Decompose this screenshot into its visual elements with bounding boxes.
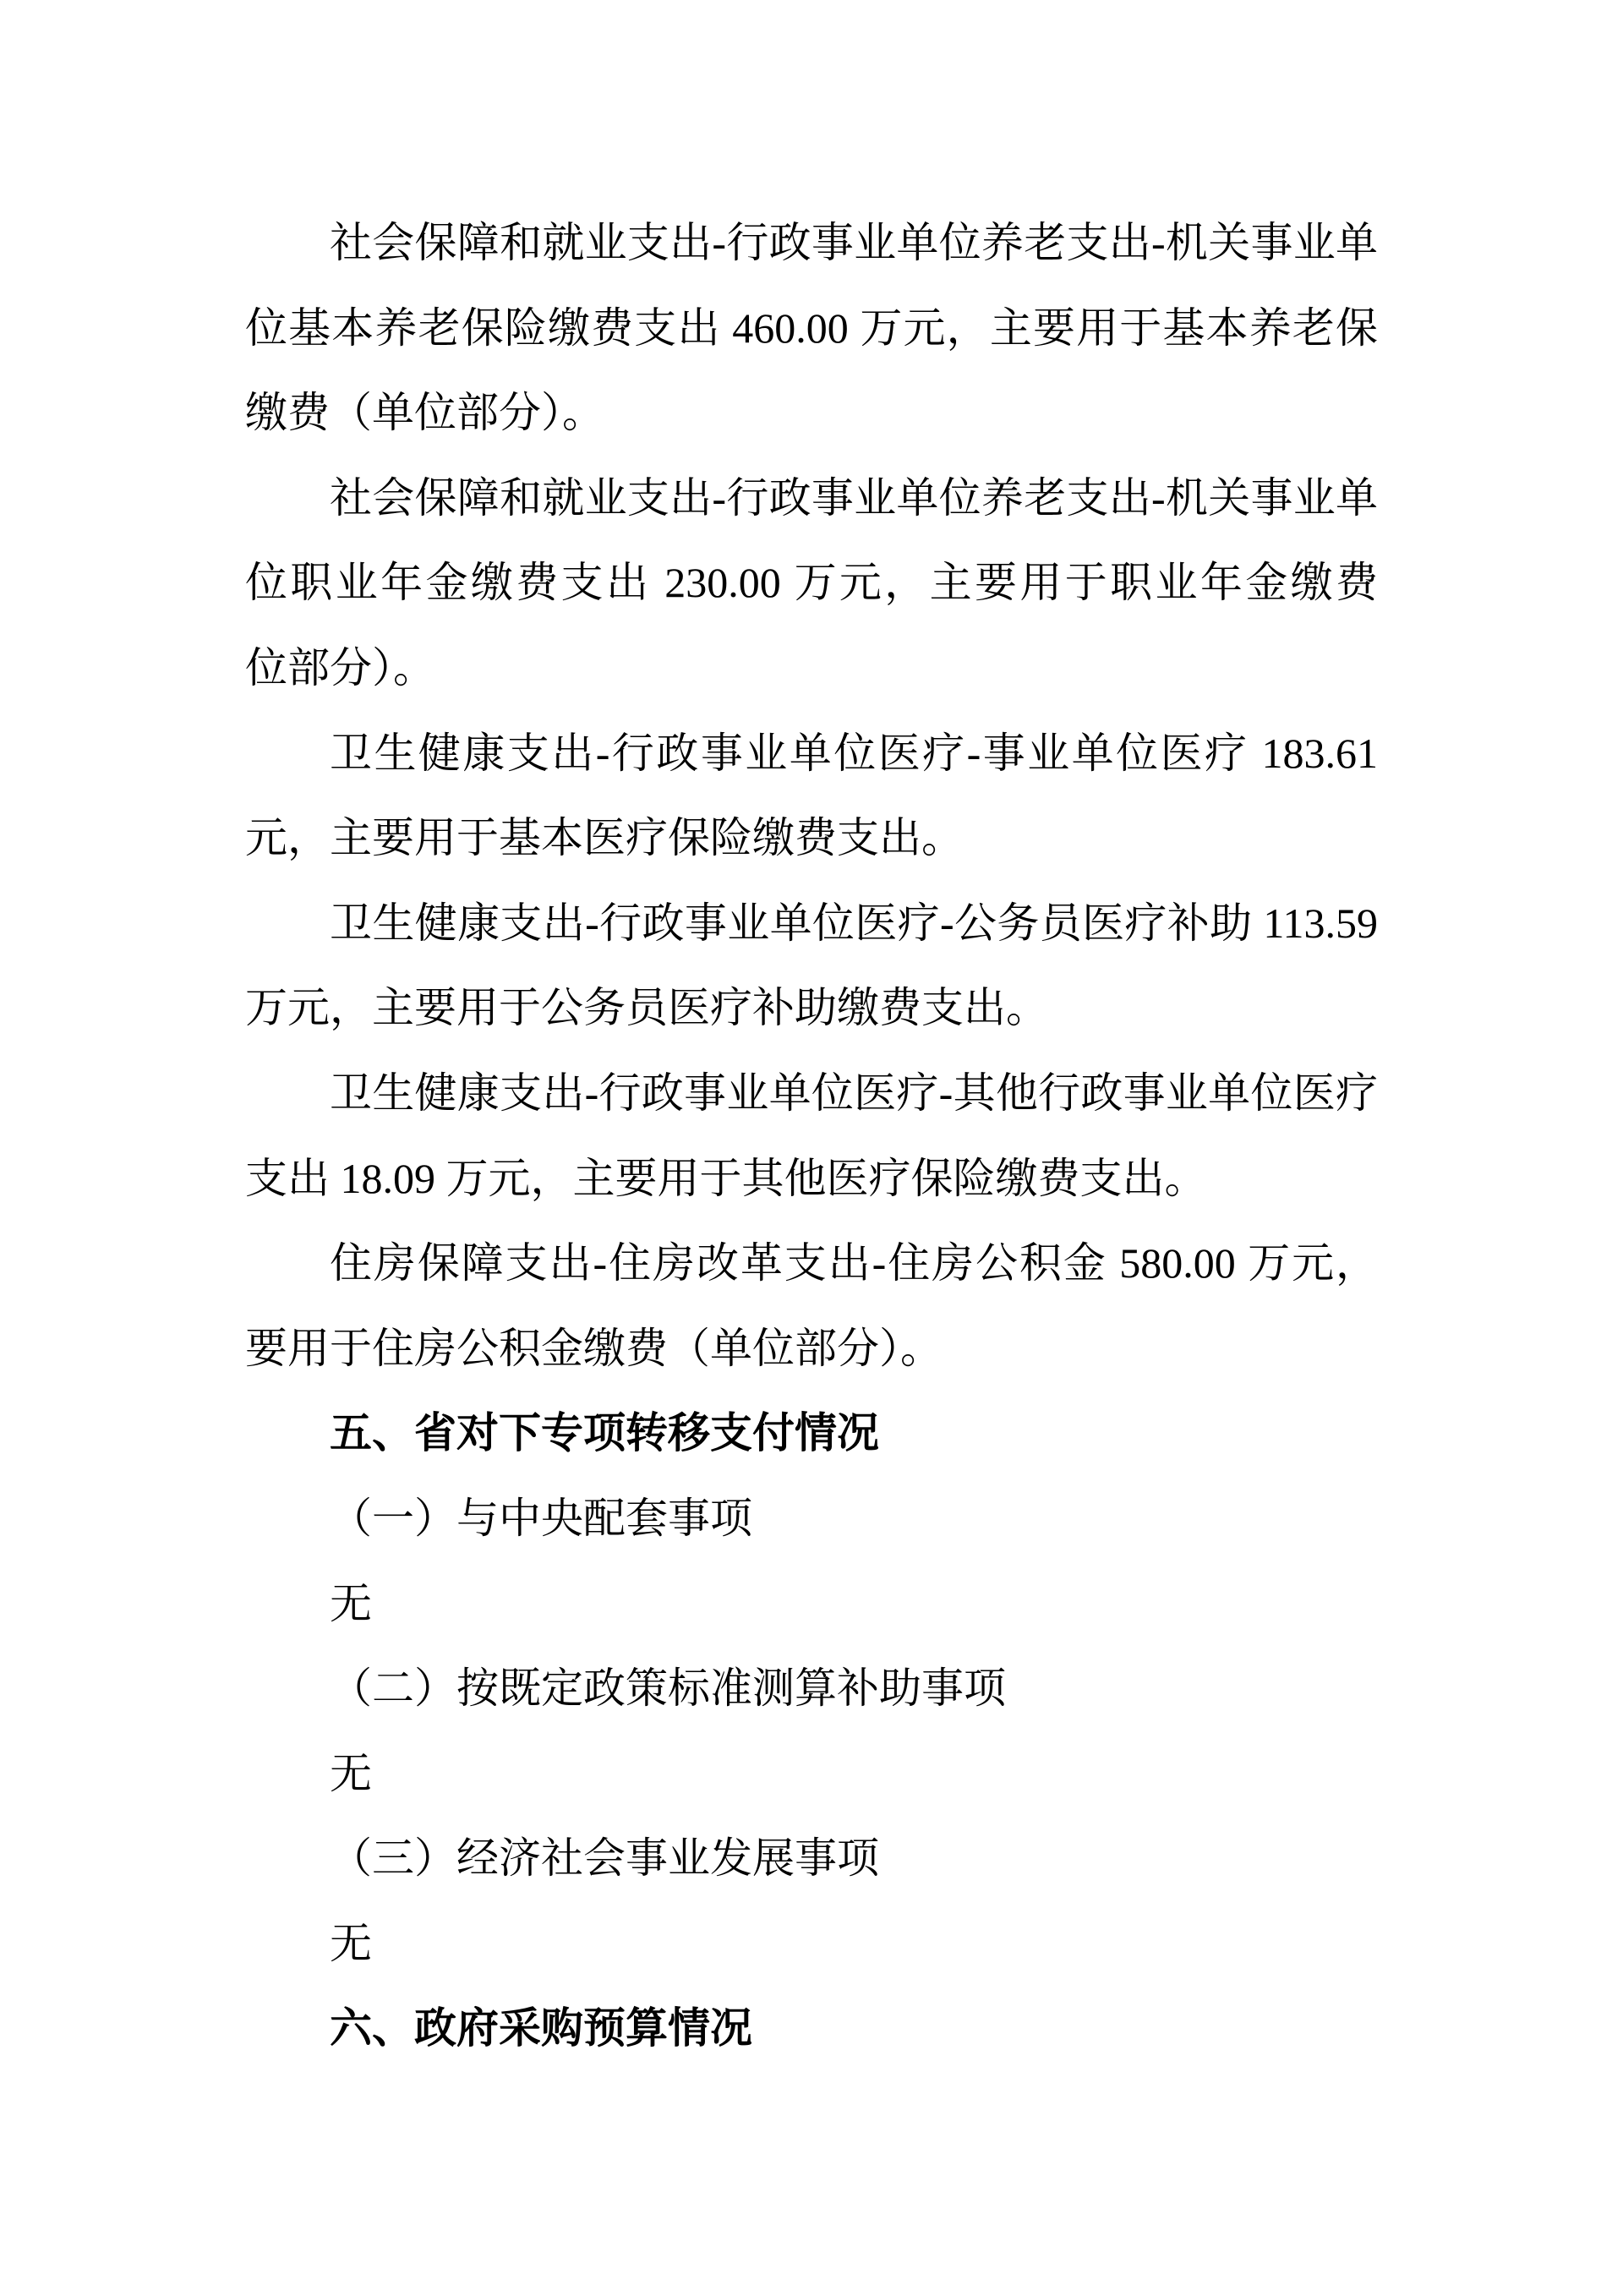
subheading-5-1-content-none: 无 <box>245 1561 1378 1647</box>
para-housing-fund-line-2: 要用于住房公积金缴费（单位部分）。 <box>245 1306 1378 1391</box>
subheading-5-2: （二）按既定政策标准测算补助事项 <box>245 1646 1378 1731</box>
para-medical-subsidy-line-2: 万元，主要用于公务员医疗补助缴费支出。 <box>245 965 1378 1051</box>
subheading-5-2-content-none: 无 <box>245 1731 1378 1817</box>
heading-section-5: 五、省对下专项转移支付情况 <box>245 1391 1378 1476</box>
document-page: 社会保障和就业支出-行政事业单位养老支出-机关事业单 位基本养老保险缴费支出 4… <box>0 0 1623 2296</box>
para-pension-basic-line-2: 位基本养老保险缴费支出 460.00 万元，主要用于基本养老保险 <box>245 286 1378 371</box>
para-medical-unit-line-1: 卫生健康支出-行政事业单位医疗-事业单位医疗 183.61 万 <box>245 711 1378 796</box>
para-pension-basic-line-3: 缴费（单位部分）。 <box>245 370 1378 456</box>
para-annuity-line-3: 位部分）。 <box>245 626 1378 711</box>
para-annuity-line-1: 社会保障和就业支出-行政事业单位养老支出-机关事业单 <box>245 456 1378 541</box>
para-medical-unit-line-2: 元，主要用于基本医疗保险缴费支出。 <box>245 795 1378 881</box>
para-annuity-line-2: 位职业年金缴费支出 230.00 万元，主要用于职业年金缴费（单 <box>245 540 1378 626</box>
subheading-5-3: （三）经济社会事业发展事项 <box>245 1816 1378 1901</box>
heading-section-6: 六、政府采购预算情况 <box>245 1986 1378 2071</box>
para-housing-fund-line-1: 住房保障支出-住房改革支出-住房公积金 580.00 万元，主 <box>245 1221 1378 1306</box>
para-medical-other-line-2: 支出 18.09 万元，主要用于其他医疗保险缴费支出。 <box>245 1136 1378 1222</box>
document-text-block: 社会保障和就业支出-行政事业单位养老支出-机关事业单 位基本养老保险缴费支出 4… <box>245 200 1378 2071</box>
subheading-5-3-content-none: 无 <box>245 1901 1378 1987</box>
para-medical-subsidy-line-1: 卫生健康支出-行政事业单位医疗-公务员医疗补助 113.59 <box>245 881 1378 966</box>
subheading-5-1: （一）与中央配套事项 <box>245 1476 1378 1561</box>
para-pension-basic-line-1: 社会保障和就业支出-行政事业单位养老支出-机关事业单 <box>245 200 1378 286</box>
para-medical-other-line-1: 卫生健康支出-行政事业单位医疗-其他行政事业单位医疗 <box>245 1051 1378 1136</box>
